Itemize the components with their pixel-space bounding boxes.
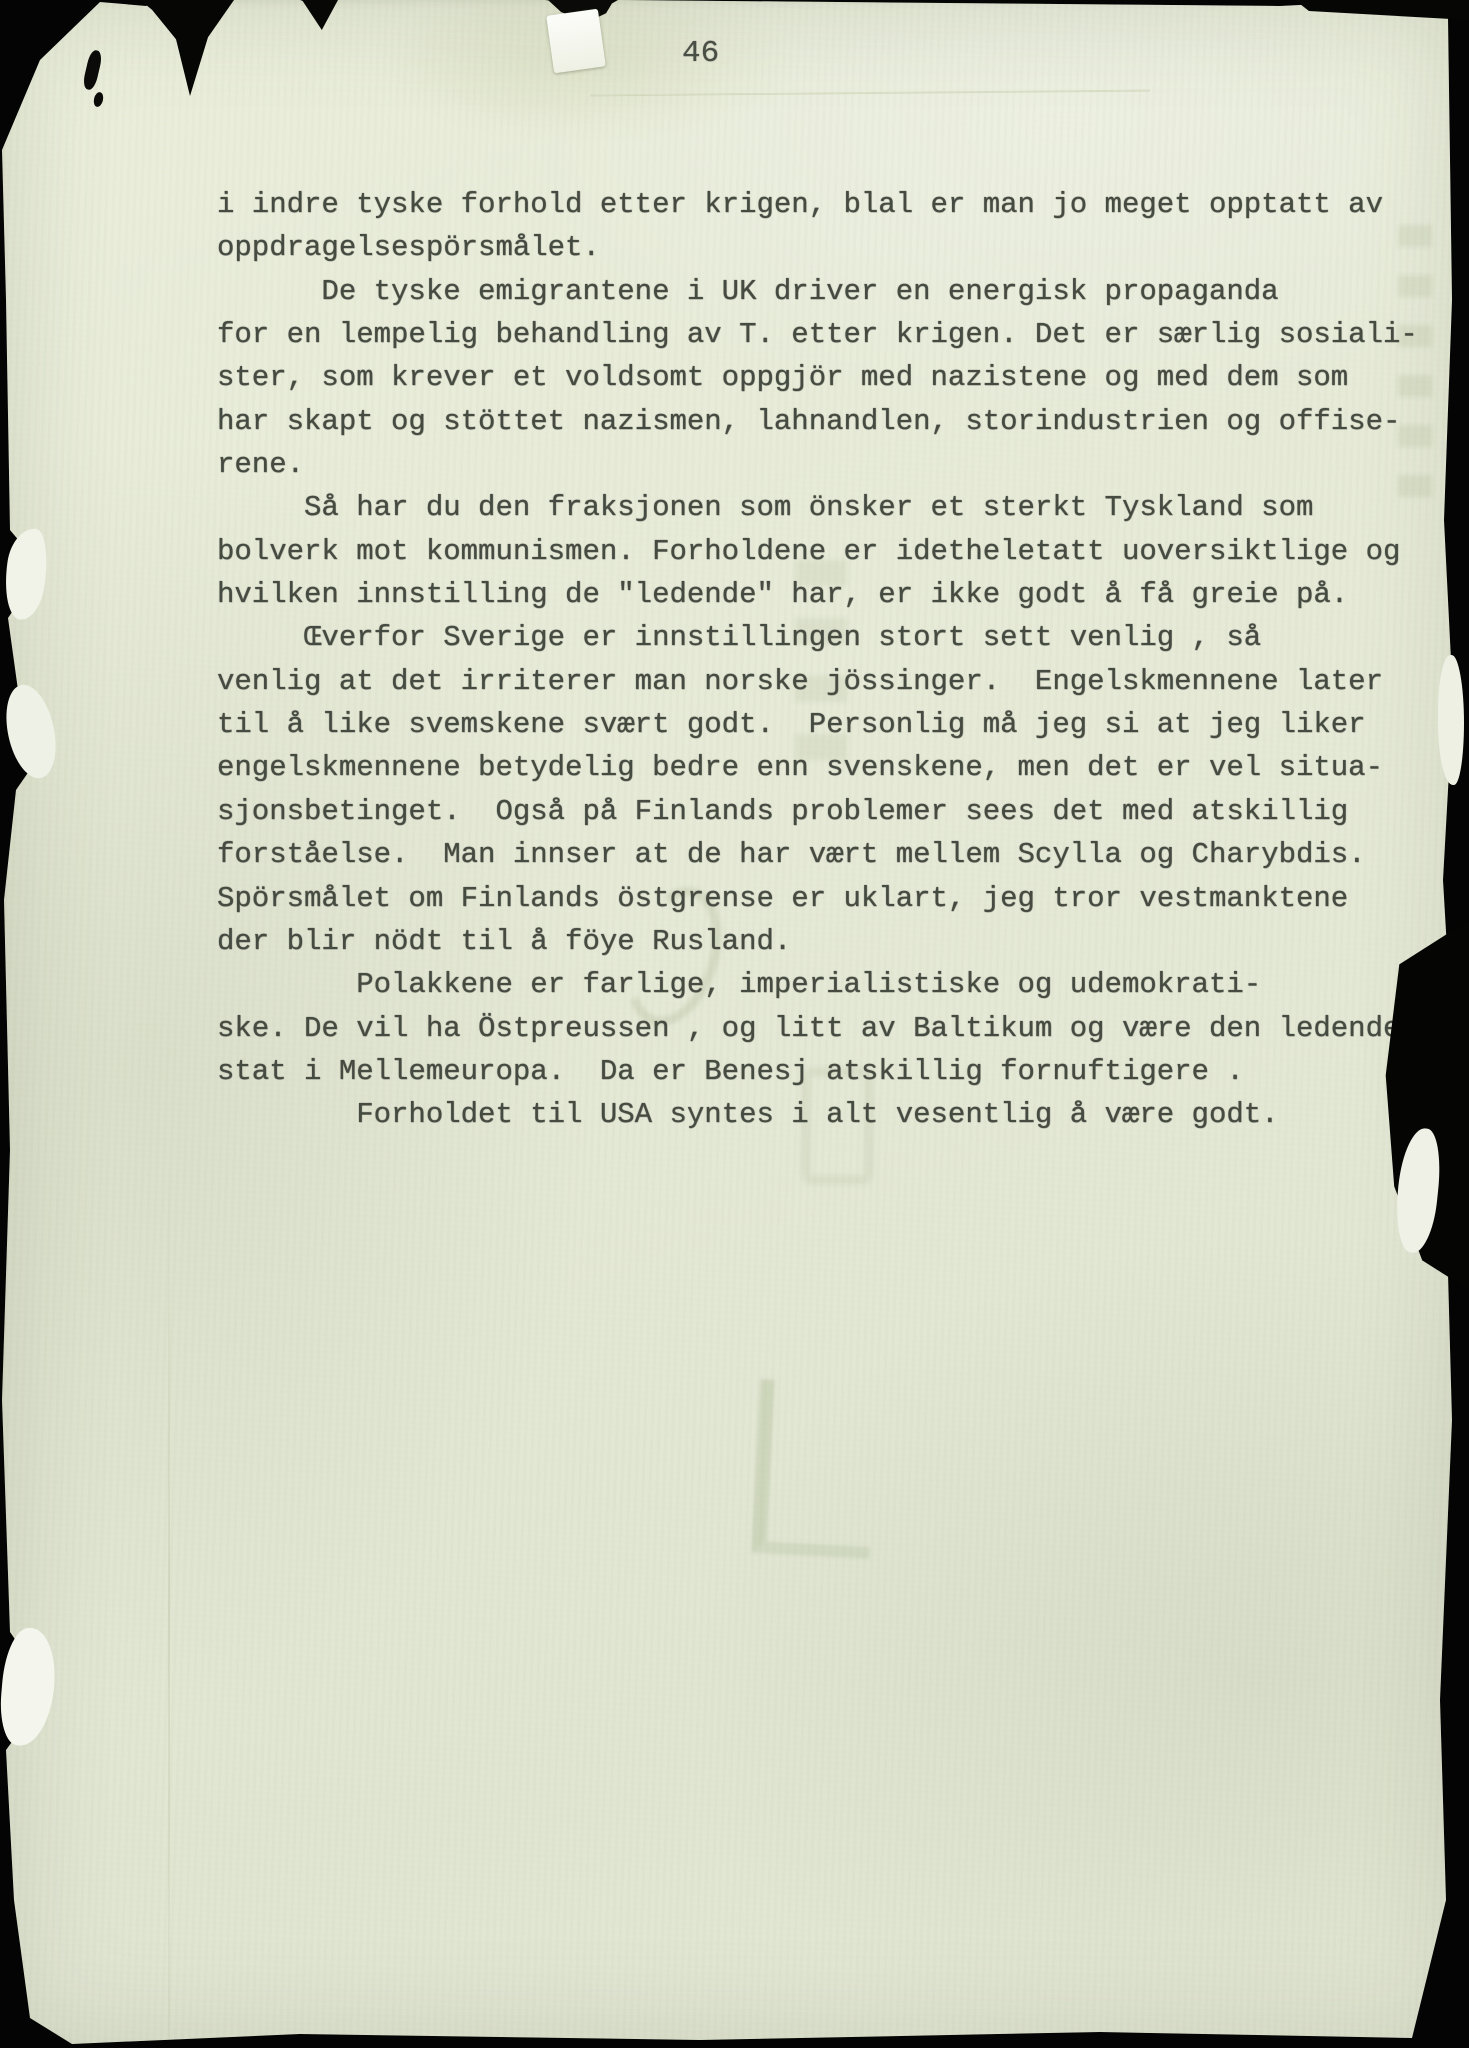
text-line: forståelse. Man innser at de har vært me… bbox=[217, 833, 1418, 876]
text-line: for en lempelig behandling av T. etter k… bbox=[217, 313, 1418, 356]
crease-line-top bbox=[590, 90, 1150, 96]
scanned-document-page: 46 i indre tyske forhold etter krigen, b… bbox=[0, 0, 1469, 2048]
text-line: Polakkene er farlige, imperialistiske og… bbox=[217, 963, 1418, 1006]
page-number: 46 bbox=[682, 36, 719, 71]
text-line: venlig at det irriterer man norske jössi… bbox=[217, 660, 1418, 703]
text-line: i indre tyske forhold etter krigen, blal… bbox=[217, 183, 1418, 226]
text-line: stat i Mellemeuropa. Da er Benesj atskil… bbox=[217, 1050, 1418, 1093]
text-line: Œverfor Sverige er innstillingen stort s… bbox=[217, 616, 1418, 659]
text-line: hvilken innstilling de "ledende" har, er… bbox=[217, 573, 1418, 616]
text-line: ster, som krever et voldsomt oppgjör med… bbox=[217, 356, 1418, 399]
typewritten-text: i indre tyske forhold etter krigen, blal… bbox=[217, 183, 1418, 1137]
text-line: engelskmennene betydelig bedre enn svens… bbox=[217, 746, 1418, 789]
text-line: ske. De vil ha Östpreussen , og litt av … bbox=[217, 1007, 1418, 1050]
fold-shadow-left bbox=[168, 1150, 170, 2048]
text-line: Forholdet til USA syntes i alt vesentlig… bbox=[217, 1093, 1418, 1136]
text-line: Så har du den fraksjonen som önsker et s… bbox=[217, 486, 1418, 529]
text-line: bolverk mot kommunismen. Forholdene er i… bbox=[217, 530, 1418, 573]
torn-fibre-right bbox=[1438, 655, 1464, 785]
tape-patch bbox=[546, 9, 606, 74]
text-line: der blir nödt til å föye Rusland. bbox=[217, 920, 1418, 963]
text-line: sjonsbetinget. Også på Finlands probleme… bbox=[217, 790, 1418, 833]
text-line: til å like svemskene svært godt. Personl… bbox=[217, 703, 1418, 746]
text-line: Spörsmålet om Finlands östgrense er ukla… bbox=[217, 877, 1418, 920]
bleedthrough-mark bbox=[752, 1379, 879, 1559]
text-line: rene. bbox=[217, 443, 1418, 486]
text-line: De tyske emigrantene i UK driver en ener… bbox=[217, 270, 1418, 313]
paper-sheet: 46 i indre tyske forhold etter krigen, b… bbox=[0, 0, 1469, 2048]
text-line: oppdragelsespörsmålet. bbox=[217, 226, 1418, 269]
text-line: har skapt og stöttet nazismen, lahnandle… bbox=[217, 400, 1418, 443]
